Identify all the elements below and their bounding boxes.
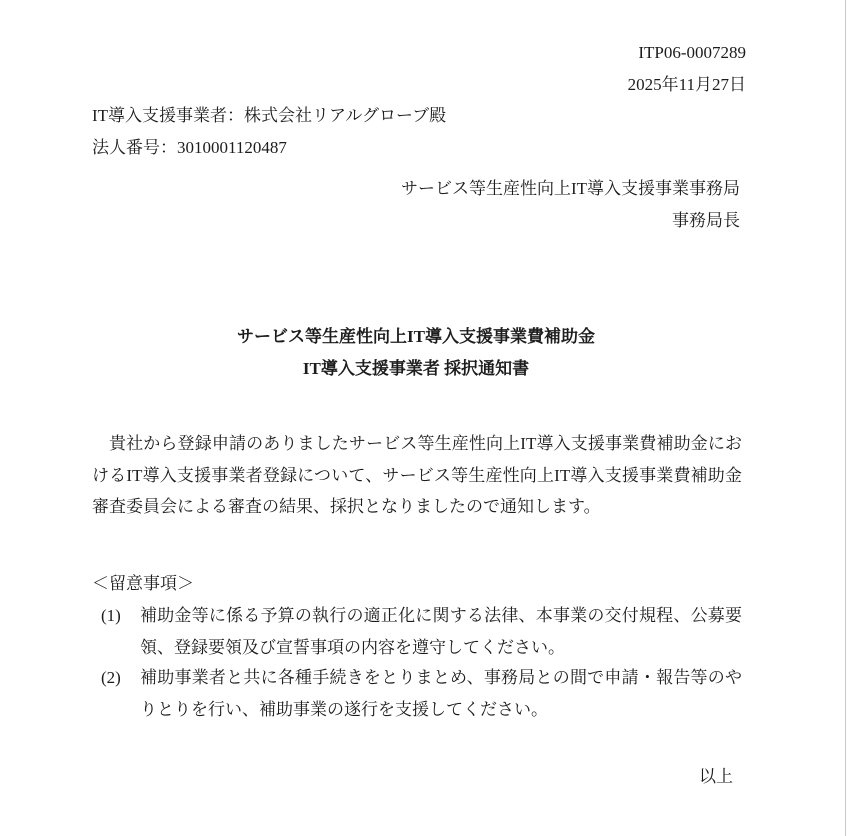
page-right-border <box>845 0 846 836</box>
note-text: 補助事業者と共に各種手続きをとりまとめ、事務局との間で申請・報告等のやりとりを行… <box>140 662 742 725</box>
note-number: (1) <box>101 600 140 632</box>
recipient-name-line: IT導入支援事業者：株式会社リアルグローブ殿 <box>92 100 446 132</box>
sender-role: 事務局長 <box>401 205 740 237</box>
corporate-number-line: 法人番号：3010001120487 <box>92 132 446 164</box>
sender-organization: サービス等生産性向上IT導入支援事業事務局 <box>401 173 740 205</box>
document-header: ITP06-0007289 2025年11月27日 <box>628 37 746 100</box>
sender-block: サービス等生産性向上IT導入支援事業事務局 事務局長 <box>401 173 740 236</box>
notes-heading: ＜留意事項＞ <box>92 568 194 600</box>
note-item-2: (2) 補助事業者と共に各種手続きをとりまとめ、事務局との間で申請・報告等のやり… <box>101 662 742 725</box>
body-paragraph: 貴社から登録申請のありましたサービス等生産性向上IT導入支援事業費補助金における… <box>92 428 742 523</box>
note-item-1: (1) 補助金等に係る予算の執行の適正化に関する法律、本事業の交付規程、公募要領… <box>101 600 742 663</box>
document-page: ITP06-0007289 2025年11月27日 IT導入支援事業者：株式会社… <box>0 0 850 836</box>
document-number: ITP06-0007289 <box>628 37 746 69</box>
document-date: 2025年11月27日 <box>628 69 746 101</box>
document-title: サービス等生産性向上IT導入支援事業費補助金 IT導入支援事業者 採択通知書 <box>92 321 740 384</box>
document-title-line2: IT導入支援事業者 採択通知書 <box>92 353 740 385</box>
closing-phrase: 以上 <box>699 761 733 793</box>
note-text: 補助金等に係る予算の執行の適正化に関する法律、本事業の交付規程、公募要領、登録要… <box>140 600 742 663</box>
document-title-line1: サービス等生産性向上IT導入支援事業費補助金 <box>92 321 740 353</box>
recipient-block: IT導入支援事業者：株式会社リアルグローブ殿 法人番号：301000112048… <box>92 100 446 163</box>
note-number: (2) <box>101 662 140 694</box>
